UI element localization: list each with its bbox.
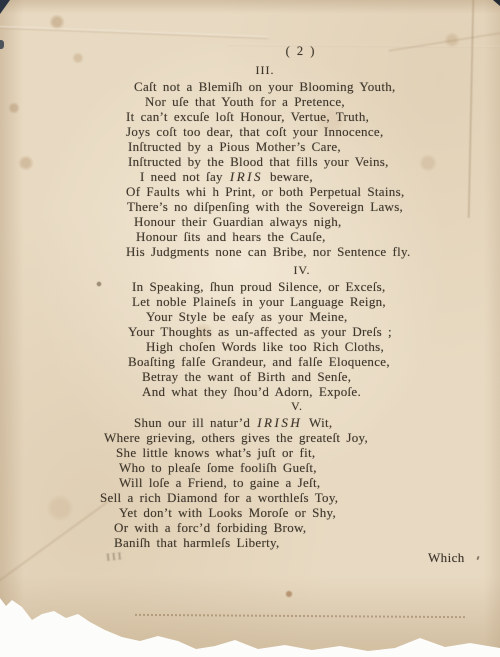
poem-line: I need not ſay IRIS beware, [140, 169, 478, 184]
line-text: Where grieving, others gives the greateſ… [104, 430, 368, 445]
poem-line: Your Style be eaſy as your Meine, [146, 309, 478, 324]
line-text: Or with a forc’d forbiding Brow, [114, 520, 306, 535]
line-text: Inſtructed by a Pious Mother’s Care, [128, 139, 341, 154]
italic-word: IRIS [230, 169, 263, 184]
line-text: Nor uſe that Youth for a Pretence, [145, 94, 345, 109]
poem-line: Yet don’t with Looks Moroſe or Shy, [119, 505, 478, 520]
poem-line: In Speaking, ſhun proud Silence, or Exce… [132, 279, 478, 294]
paper: ( 2 ) III.Caſt not a Blemiſh on your Blo… [0, 0, 500, 657]
italic-word: IRISH [257, 415, 302, 430]
line-text: Honour ſits and hears the Cauſe, [136, 229, 326, 244]
poem-line: Boaſting falſe Grandeur, and falſe Eloqu… [128, 354, 478, 369]
line-text: In Speaking, ſhun proud Silence, or Exce… [132, 279, 386, 294]
stanza-number: IV. [111, 263, 493, 278]
ink-show-through-line [135, 614, 465, 618]
line-text: Boaſting falſe Grandeur, and falſe Eloqu… [128, 354, 390, 369]
line-text: Your Thoughts as un-affected as your Dre… [128, 324, 392, 339]
line-text: Inſtructed by the Blood that fills your … [128, 154, 389, 169]
stanza: IV.In Speaking, ſhun proud Silence, or E… [96, 263, 478, 399]
poem-line: Will loſe a Friend, to gaine a Jeſt, [119, 475, 478, 490]
line-text: Betray the want of Birth and Senſe, [142, 369, 351, 384]
poem-line: It can’t excuſe loſt Honour, Vertue, Tru… [126, 109, 478, 124]
poem-line: Caſt not a Blemiſh on your Blooming Yout… [134, 79, 478, 94]
paper-crease-bottom-left [0, 501, 108, 591]
line-text: Who to pleaſe ſome fooliſh Gueſt, [119, 460, 317, 475]
poem-line: Let noble Plaineſs in your Language Reig… [132, 294, 478, 309]
poem-line: Shun our ill natur’d IRISH Wit, [134, 415, 478, 430]
line-text: beware, [264, 169, 313, 184]
ink-smudge: III [105, 550, 124, 564]
line-text: Let noble Plaineſs in your Language Reig… [132, 294, 386, 309]
poem-line: His Judgments none can Bribe, nor Senten… [126, 244, 478, 259]
poem-line: High choſen Words like too Rich Cloths, [146, 339, 478, 354]
poem-line: Who to pleaſe ſome fooliſh Gueſt, [119, 460, 478, 475]
ink-speck [476, 556, 479, 560]
stanza: V.Shun our ill natur’d IRISH Wit,Where g… [96, 399, 478, 550]
line-text: Your Style be eaſy as your Meine, [146, 309, 348, 324]
line-text: Joys coſt too dear, that coſt your Innoc… [126, 124, 384, 139]
stanza-number: V. [106, 399, 488, 414]
poem-line: And what they ſhou’d Adorn, Expoſe. [142, 384, 478, 399]
line-text: Shun our ill natur’d [134, 415, 256, 430]
poem-line: Or with a forc’d forbiding Brow, [114, 520, 478, 535]
line-text: Baniſh that harmleſs Liberty, [114, 535, 280, 550]
line-text: High choſen Words like too Rich Cloths, [146, 339, 384, 354]
line-text: Yet don’t with Looks Moroſe or Shy, [119, 505, 336, 520]
stanza: III.Caſt not a Blemiſh on your Blooming … [96, 63, 478, 259]
poem-line: Baniſh that harmleſs Liberty, [114, 535, 478, 550]
scan-corner-dark-top-right [493, 0, 500, 6]
line-text: Will loſe a Friend, to gaine a Jeſt, [119, 475, 320, 490]
scan-corner-dark-top-left [0, 0, 10, 14]
line-text: Sell a rich Diamond for a worthleſs Toy, [100, 490, 338, 505]
poem-line: Of Faults whi h Print, or both Perpetual… [126, 184, 478, 199]
line-text: I need not ſay [140, 169, 229, 184]
poem-line: She little knows what’s juſt or fit, [116, 445, 478, 460]
poem-line: Inſtructed by the Blood that fills your … [128, 154, 478, 169]
poem-line: Betray the want of Birth and Senſe, [142, 369, 478, 384]
poem-line: Joys coſt too dear, that coſt your Innoc… [126, 124, 478, 139]
scan-edge-mark [0, 40, 4, 49]
page-number: ( 2 ) [110, 44, 492, 59]
line-text: Wit, [303, 415, 332, 430]
line-text: Caſt not a Blemiſh on your Blooming Yout… [134, 79, 396, 94]
line-text: His Judgments none can Bribe, nor Senten… [126, 244, 411, 259]
line-text: There’s no diſpenſing with the Sovereign… [127, 199, 403, 214]
paper-crease-top [0, 26, 269, 40]
poem-line: Your Thoughts as un-affected as your Dre… [128, 324, 478, 339]
poem-line: Inſtructed by a Pious Mother’s Care, [128, 139, 478, 154]
page-text: ( 2 ) III.Caſt not a Blemiſh on your Blo… [96, 44, 478, 550]
poem: III.Caſt not a Blemiſh on your Blooming … [96, 63, 478, 550]
line-text: Of Faults whi h Print, or both Perpetual… [126, 184, 405, 199]
scanned-page: ( 2 ) III.Caſt not a Blemiſh on your Blo… [0, 0, 500, 657]
poem-line: Where grieving, others gives the greateſ… [104, 430, 478, 445]
poem-line: Sell a rich Diamond for a worthleſs Toy, [100, 490, 478, 505]
poem-line: Nor uſe that Youth for a Pretence, [145, 94, 478, 109]
poem-line: Honour their Guardian always nigh, [134, 214, 478, 229]
line-text: She little knows what’s juſt or fit, [116, 445, 315, 460]
line-text: Honour their Guardian always nigh, [134, 214, 342, 229]
catchword: Which [428, 550, 465, 566]
poem-line: There’s no diſpenſing with the Sovereign… [127, 199, 478, 214]
line-text: And what they ſhou’d Adorn, Expoſe. [142, 384, 361, 399]
line-text: It can’t excuſe loſt Honour, Vertue, Tru… [126, 109, 369, 124]
stanza-number: III. [74, 63, 456, 78]
poem-line: Honour ſits and hears the Cauſe, [136, 229, 478, 244]
